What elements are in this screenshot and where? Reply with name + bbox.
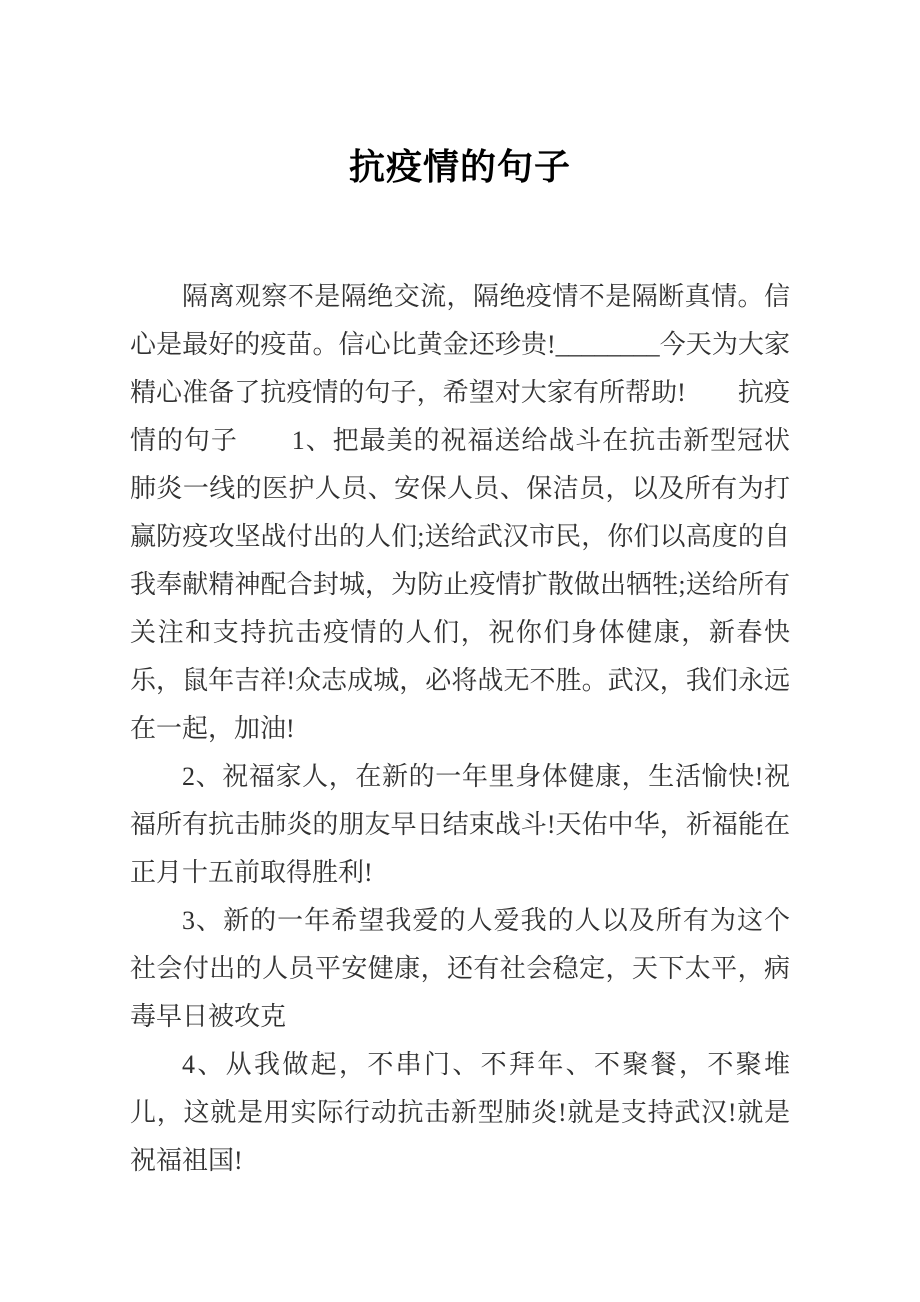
paragraph-3: 3、新的一年希望我爱的人爱我的人以及所有为这个社会付出的人员平安健康，还有社会稳… [130,897,790,1041]
paragraph-2: 2、祝福家人，在新的一年里身体健康，生活愉快!祝福所有抗击肺炎的朋友早日结束战斗… [130,753,790,897]
paragraph-1: 隔离观察不是隔绝交流，隔绝疫情不是隔断真情。信心是最好的疫苗。信心比黄金还珍贵!… [130,273,790,753]
page-title: 抗疫情的句子 [130,145,790,189]
paragraph-4: 4、从我做起，不串门、不拜年、不聚餐，不聚堆儿，这就是用实际行动抗击新型肺炎!就… [130,1041,790,1185]
document-body: 隔离观察不是隔绝交流，隔绝疫情不是隔断真情。信心是最好的疫苗。信心比黄金还珍贵!… [130,273,790,1185]
document-page: 抗疫情的句子 隔离观察不是隔绝交流，隔绝疫情不是隔断真情。信心是最好的疫苗。信心… [0,0,920,1302]
